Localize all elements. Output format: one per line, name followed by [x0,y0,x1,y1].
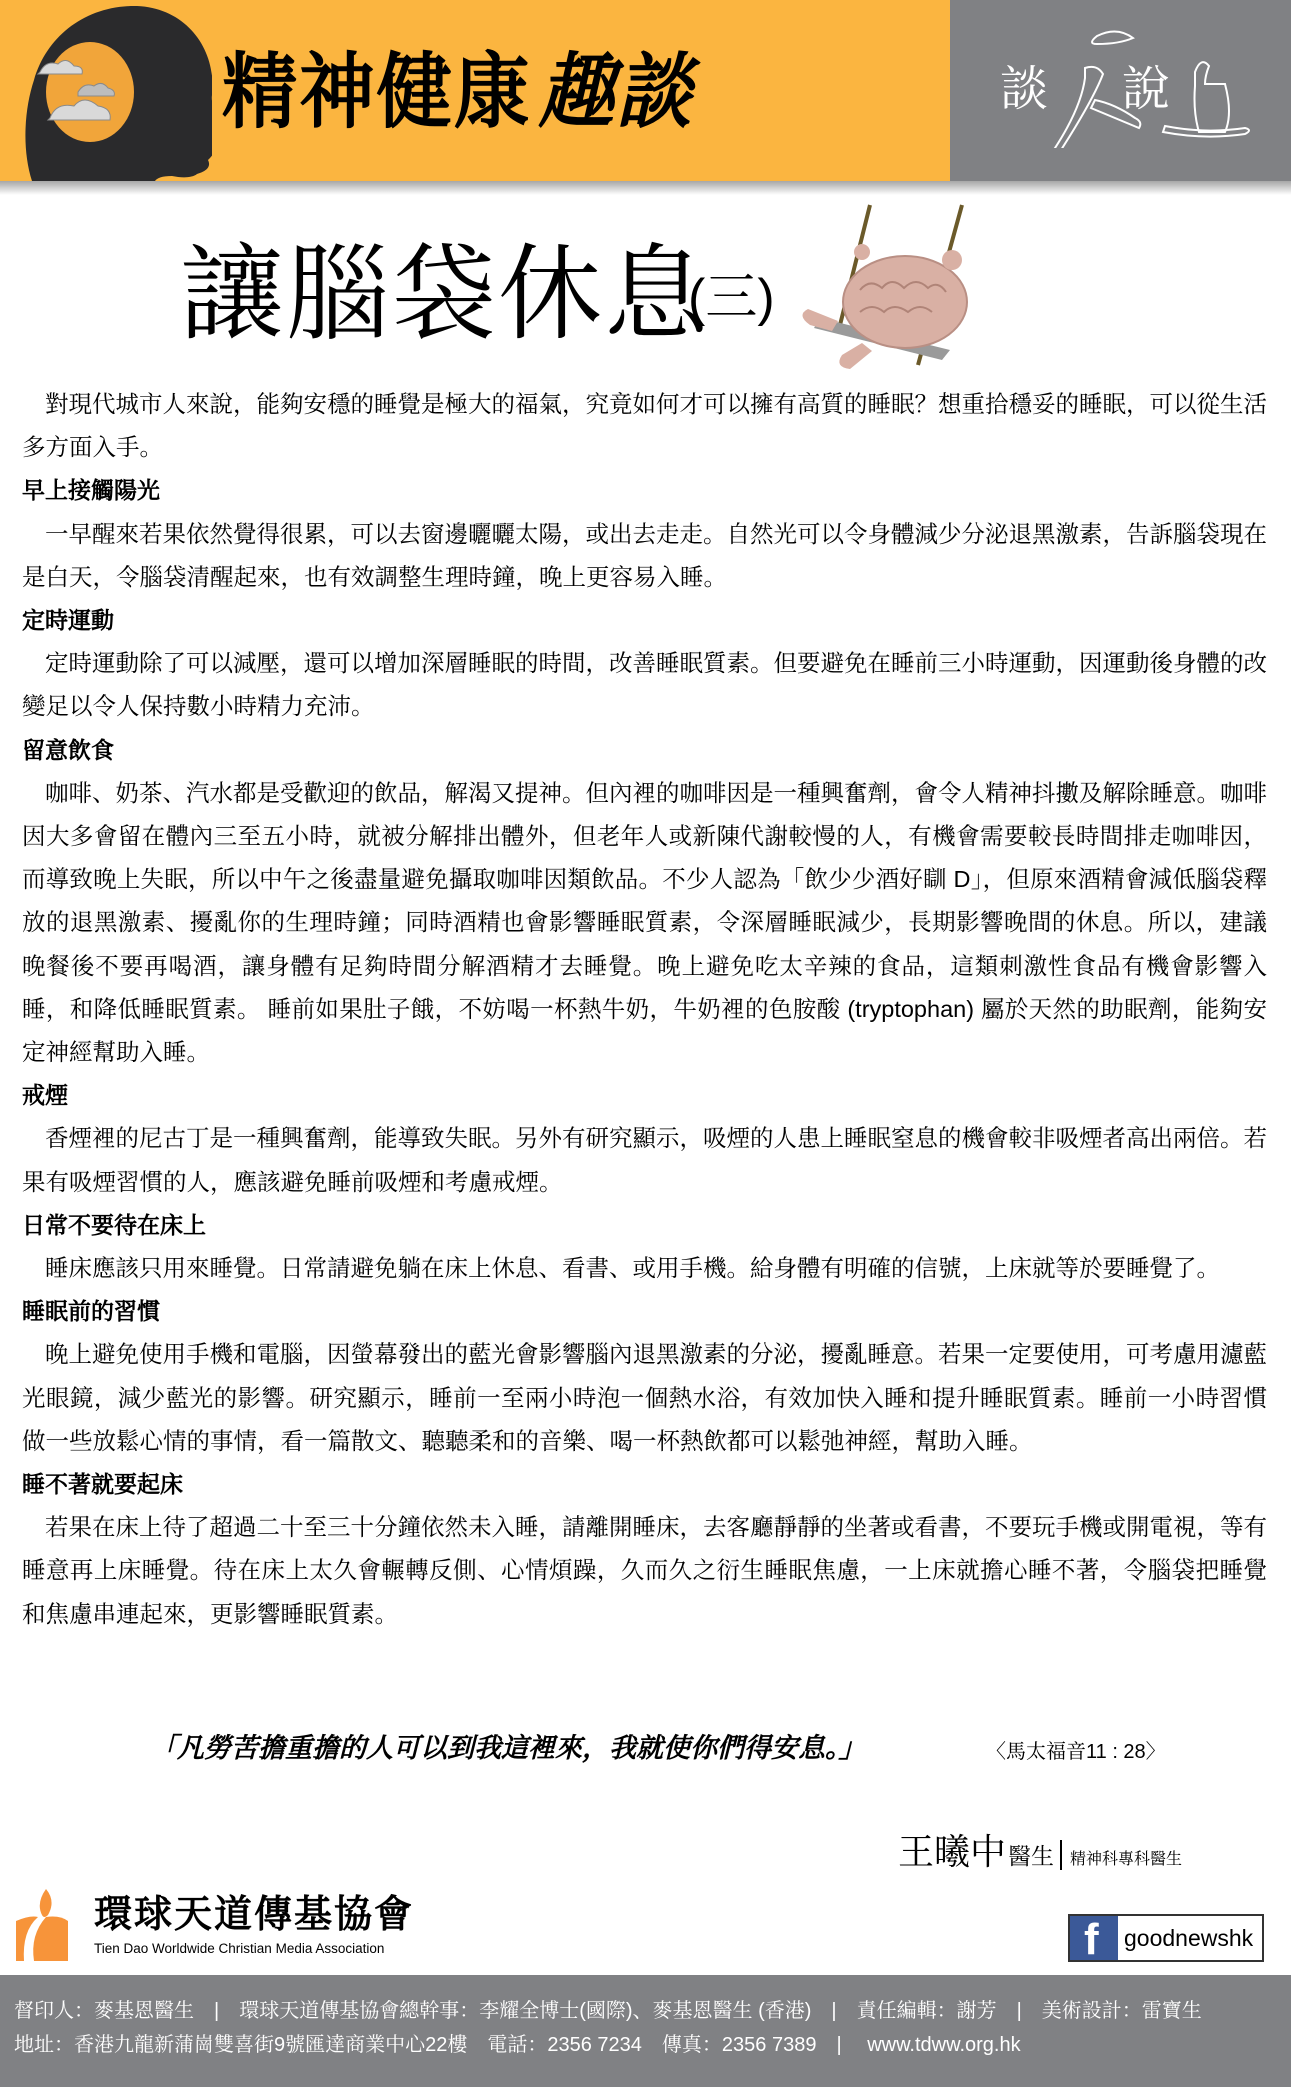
facebook-handle: goodnewshk [1124,1924,1253,1952]
section-body-get-up: 若果在床上待了超過二十至三十分鐘依然未入睡，請離開睡床，去客廳靜靜的坐著或看書，… [22,1506,1267,1636]
section-body-diet: 咖啡、奶茶、汽水都是受歡迎的飲品，解渴又提神。但內裡的咖啡因是一種興奮劑，會令人… [22,772,1267,1074]
series-title-plain: 精神健康 [222,47,531,138]
brand-wordmark: 談說 [1000,50,1172,119]
section-heading-diet: 留意飲食 [22,729,1267,772]
organization-name-en: Tien Dao Worldwide Christian Media Assoc… [94,1941,384,1957]
series-title: 精神健康趣談 [222,48,693,138]
section-body-bed-use: 睡床應該只用來睡覺。日常請避免躺在床上休息、看書、或用手機。給身體有明確的信號，… [22,1247,1267,1290]
masthead: 精神健康趣談 談說 [0,0,1291,183]
author-role: 精神科專科醫生 [1070,1851,1182,1868]
section-body-bedtime-habits: 晚上避免使用手機和電腦，因螢幕發出的藍光會影響腦內退黑激素的分泌，擾亂睡意。若果… [22,1333,1267,1463]
masthead-shadow [0,181,1291,195]
publication-footer: 督印人：麥基恩醫生 | 環球天道傳基協會總幹事：李耀全博士(國際)、麥基恩醫生 … [0,1975,1291,2087]
section-heading-sunlight: 早上接觸陽光 [22,469,1267,512]
masthead-grey-panel: 談說 [950,0,1291,181]
author-title: 醫生 [1008,1843,1054,1869]
brain-on-swing-illustration [780,190,1030,375]
section-heading-exercise: 定時運動 [22,599,1267,642]
footer-contact: 地址：香港九龍新蒲崗雙喜街9號匯達商業中心22樓 電話：2356 7234 傳真… [14,2028,1291,2062]
brand-char-3: 說 [1122,50,1172,119]
author-signature: 王曦中醫生精神科專科醫生 [898,1830,1182,1882]
section-body-smoking: 香煙裡的尼古丁是一種興奮劑，能導致失眠。另外有研究顯示，吸煙的人患上睡眠窒息的機… [22,1117,1267,1203]
footer-credits: 督印人：麥基恩醫生 | 環球天道傳基協會總幹事：李耀全博士(國際)、麥基恩醫生 … [14,1994,1291,2028]
section-heading-get-up: 睡不著就要起床 [22,1463,1267,1506]
facebook-page-badge[interactable]: f goodnewshk [1068,1914,1264,1962]
facebook-icon: f [1070,1916,1118,1960]
masthead-orange-panel: 精神健康趣談 [0,0,950,181]
brand-char-1: 談 [1000,50,1050,119]
organization-name-cn: 環球天道傳基協會 [94,1893,414,1937]
series-title-emphasis: 趣談 [538,47,693,138]
organization-logo: 環球天道傳基協會 Tien Dao Worldwide Christian Me… [16,1889,436,1961]
flame-logo-icon [16,1889,68,1961]
author-name: 王曦中 [898,1831,1006,1872]
section-heading-bedtime-habits: 睡眠前的習慣 [22,1290,1267,1333]
scripture-quote: 「凡勞苦擔重擔的人可以到我這裡來，我就使你們得安息。」 [150,1728,866,1768]
article-body: 對現代城市人來說，能夠安穩的睡覺是極大的福氣，究竟如何才可以擁有高質的睡眠？想重… [22,383,1267,1636]
article-title: 讓腦袋休息 [180,235,710,355]
article-part-number: (三) [688,268,775,328]
section-body-sunlight: 一早醒來若果依然覺得很累，可以去窗邊曬曬太陽，或出去走走。自然光可以令身體減少分… [22,513,1267,599]
intro-paragraph: 對現代城市人來說，能夠安穩的睡覺是極大的福氣，究竟如何才可以擁有高質的睡眠？想重… [22,383,1267,469]
head-silhouette-icon [12,0,212,181]
scripture-reference: 〈馬太福音11 : 28〉 [986,1738,1166,1766]
section-heading-bed-use: 日常不要待在床上 [22,1204,1267,1247]
signature-divider [1060,1840,1062,1870]
section-heading-smoking: 戒煙 [22,1074,1267,1117]
section-body-exercise: 定時運動除了可以減壓，還可以增加深層睡眠的時間，改善睡眠質素。但要避免在睡前三小… [22,642,1267,728]
